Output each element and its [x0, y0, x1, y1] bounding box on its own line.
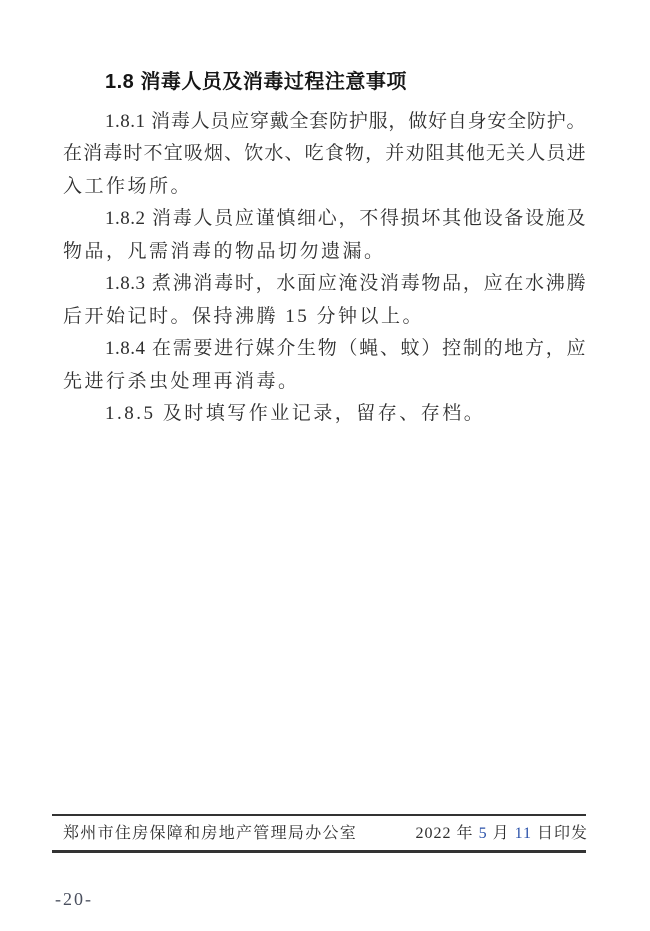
footer-rule-top	[52, 814, 586, 816]
body-line: 后开始记时。保持沸腾 15 分钟以上。	[63, 301, 586, 334]
body-line: 1.8.4 在需要进行媒介生物（蝇、蚊）控制的地方，应	[63, 333, 586, 366]
body-line: 物品，凡需消毒的物品切勿遗漏。	[63, 236, 586, 269]
body-line: 1.8.5 及时填写作业记录，留存、存档。	[63, 398, 586, 431]
document-page: 1.8 消毒人员及消毒过程注意事项 1.8.1 消毒人员应穿戴全套防护服，做好自…	[0, 0, 650, 931]
body-line: 1.8.2 消毒人员应谨慎细心，不得损坏其他设备设施及	[63, 203, 586, 236]
footer-rule-bottom	[52, 850, 586, 853]
date-day-number: 11	[515, 825, 532, 842]
date-year-part: 2022 年	[416, 825, 479, 842]
date-month-number: 5	[479, 825, 488, 842]
body-line: 入工作场所。	[63, 171, 586, 204]
body-line: 1.8.1 消毒人员应穿戴全套防护服，做好自身安全防护。	[63, 106, 586, 139]
date-day-part: 日印发	[532, 825, 588, 842]
footer-print-date: 2022 年 5 月 11 日印发	[416, 819, 588, 849]
body-line: 在消毒时不宜吸烟、饮水、吃食物，并劝阻其他无关人员进	[63, 138, 586, 171]
section-heading: 1.8 消毒人员及消毒过程注意事项	[63, 66, 586, 99]
footer-issuer: 郑州市住房保障和房地产管理局办公室	[63, 819, 357, 849]
body-line: 1.8.3 煮沸消毒时，水面应淹没消毒物品，应在水沸腾	[63, 268, 586, 301]
date-month-part: 月	[488, 825, 515, 842]
body-line: 先进行杀虫处理再消毒。	[63, 366, 586, 399]
footer: 郑州市住房保障和房地产管理局办公室 2022 年 5 月 11 日印发	[52, 819, 588, 849]
page-number: -20-	[55, 889, 93, 910]
document-body: 1.8 消毒人员及消毒过程注意事项 1.8.1 消毒人员应穿戴全套防护服，做好自…	[63, 66, 586, 431]
